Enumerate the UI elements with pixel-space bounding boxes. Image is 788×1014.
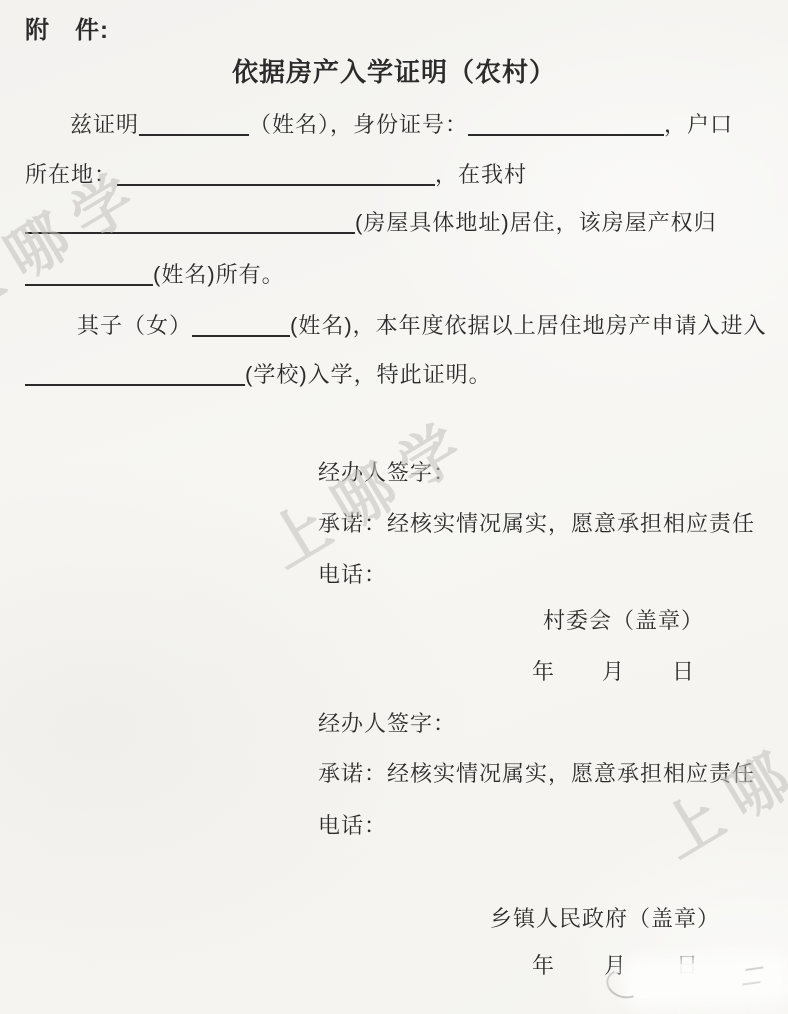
text-segment: (学校)入学，特此证明。 [245,362,492,387]
attachment-label: 附 件: [25,10,109,45]
blank-school-name-field [25,362,245,386]
text-segment: (姓名)所有。 [153,262,285,287]
body-line-1: 兹证明（姓名），身份证号：，户口 [70,108,733,139]
text-segment: （姓名），身份证号： [249,112,468,137]
document-title: 依据房产入学证明（农村） [0,52,788,89]
blank-name-field [139,112,249,136]
watermark: 上哪学 [249,393,489,584]
year-label: 年 [532,949,554,980]
signer-label: 经办人签字： [318,707,456,738]
blank-child-name-field [192,313,290,337]
month-label: 月 [602,655,624,686]
body-line-6: (学校)入学，特此证明。 [25,358,492,389]
text-segment: ，户口 [664,112,733,137]
text-segment: (房屋具体地址)居住，该房屋产权归 [355,210,717,235]
phone-label: 电话： [318,809,387,840]
text-segment: (姓名)，本年度依据以上居住地房产申请入进入 [290,313,767,338]
text-segment: 其子（女） [77,313,192,338]
blank-household-registration-field [117,162,435,186]
day-label: 日 [672,655,694,686]
text-segment: 兹证明 [70,112,139,137]
date-line: 年月日 [532,655,694,686]
scanned-certificate-page: 上哪学 上哪学 上哪学 附 件: 依据房产入学证明（农村） 兹证明（姓名），身份… [0,0,788,1014]
blank-id-number-field [468,112,664,136]
body-line-5: 其子（女）(姓名)，本年度依据以上居住地房产申请入进入 [77,309,767,340]
text-segment: ，在我村 [435,162,527,187]
village-committee-seal-label: 村委会（盖章） [543,604,704,635]
year-label: 年 [532,655,554,686]
township-government-seal-label: 乡镇人民政府（盖章） [490,902,720,933]
